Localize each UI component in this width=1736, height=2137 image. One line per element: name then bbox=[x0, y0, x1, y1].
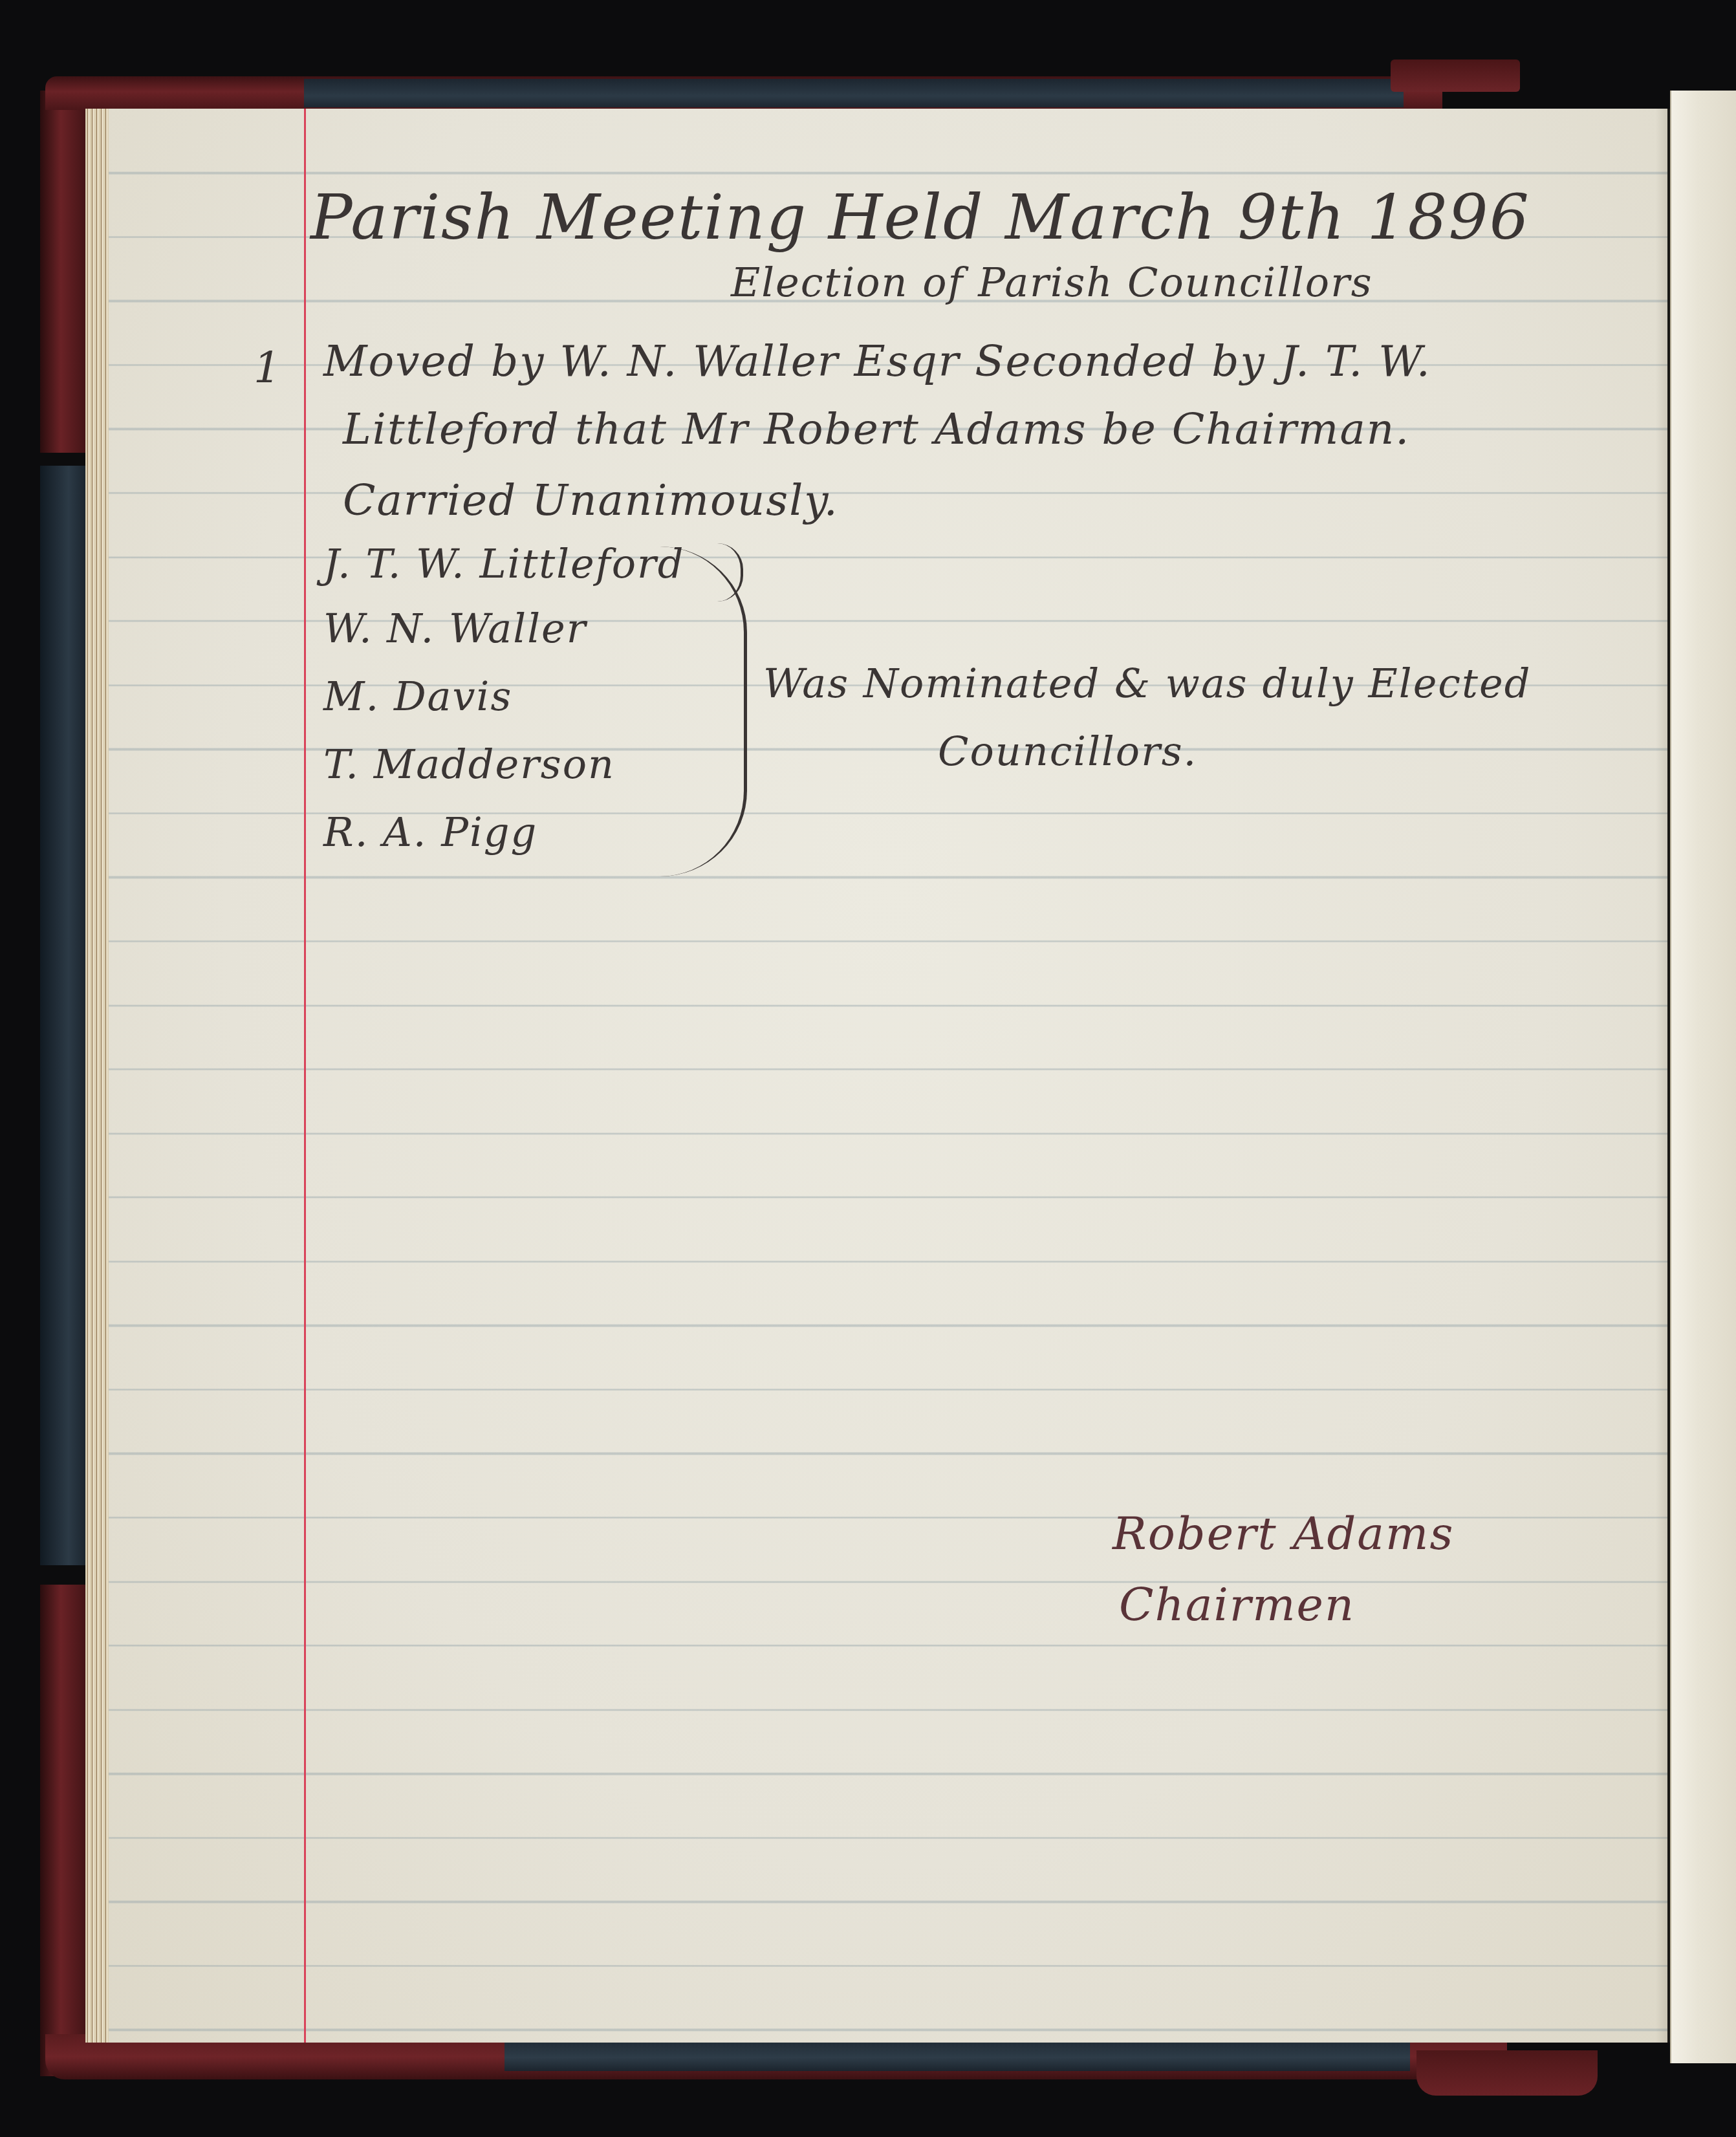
page-stack-edges bbox=[85, 109, 109, 2043]
binding-cloth-left bbox=[40, 466, 92, 1565]
signature-name: Robert Adams bbox=[1112, 1507, 1454, 1560]
adjoining-page bbox=[1670, 91, 1736, 2063]
nominee-name: J. T. W. Littleford bbox=[323, 540, 684, 587]
margin-rule bbox=[304, 109, 306, 2043]
nominee-name: M. Davis bbox=[323, 673, 512, 720]
binding-leather-top-right bbox=[1391, 60, 1520, 92]
result-line: Was Nominated & was duly Elected bbox=[763, 660, 1531, 707]
nominee-name: T. Madderson bbox=[323, 741, 615, 788]
nominee-name: R. A. Pigg bbox=[323, 808, 537, 856]
entry-line: Littleford that Mr Robert Adams be Chair… bbox=[343, 404, 1410, 454]
binding-leather-left bbox=[40, 91, 92, 453]
page-title: Parish Meeting Held March 9th 1896 bbox=[310, 181, 1530, 254]
binding-leather-bottom-right bbox=[1416, 2050, 1598, 2096]
page-subtitle: Election of Parish Councillors bbox=[731, 259, 1373, 306]
binding-leather-left-lower bbox=[40, 1585, 92, 2076]
binding-cloth-top bbox=[304, 79, 1404, 107]
result-line: Councillors. bbox=[938, 728, 1197, 775]
grouping-brace bbox=[660, 547, 747, 876]
entry-line: Carried Unanimously. bbox=[343, 475, 839, 525]
nominee-name: W. N. Waller bbox=[323, 605, 587, 652]
signature-title: Chairmen bbox=[1119, 1578, 1355, 1631]
entry-number: 1 bbox=[254, 343, 282, 393]
ledger-page bbox=[109, 109, 1667, 2043]
entry-line: Moved by W. N. Waller Esqr Seconded by J… bbox=[323, 336, 1431, 386]
gutter-shadow bbox=[1656, 109, 1670, 2043]
ruled-lines bbox=[109, 109, 1667, 2043]
